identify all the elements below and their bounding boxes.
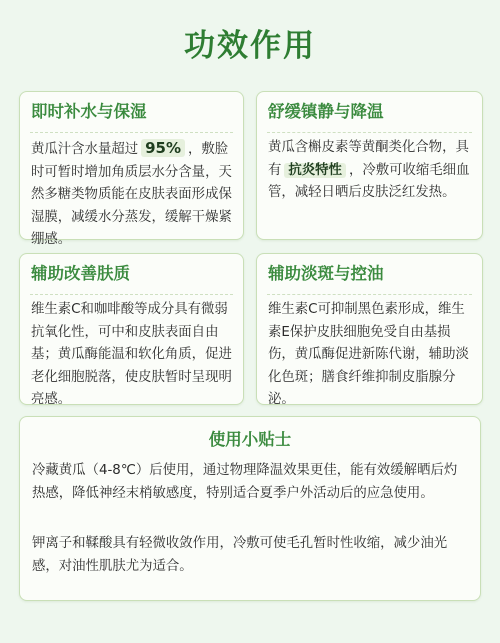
- dashed-divider: [30, 132, 233, 133]
- page-title: 功效作用: [0, 26, 500, 66]
- dashed-divider: [267, 294, 472, 295]
- card-body: 黄瓜含槲皮素等黄酮类化合物，具有抗炎特性，冷敷可收缩毛细血管，减轻日晒后皮肤泛红…: [268, 137, 474, 205]
- dashed-divider: [267, 132, 472, 133]
- tip-paragraph: 冷藏黄瓜（4-8℃）后使用，通过物理降温效果更佳，能有效缓解晒后灼热感，降低神经…: [32, 460, 468, 505]
- tip-paragraph: 钾离子和鞣酸具有轻微收敛作用，冷敷可使毛孔暂时性收缩，减少油光感，对油性肌肤尤为…: [32, 533, 468, 578]
- card-title: 辅助改善肤质: [31, 263, 130, 285]
- highlight-badge: 95%: [141, 139, 185, 157]
- tips-card: 使用小贴士 冷藏黄瓜（4-8℃）后使用，通过物理降温效果更佳，能有效缓解晒后灼热…: [19, 416, 481, 601]
- card-body: 黄瓜汁含水量超过95%，敷脸时可暂时增加角质层水分含量，天然多糖类物质能在皮肤表…: [31, 137, 235, 252]
- card-spot-oil-control: 辅助淡斑与控油 维生素C可抑制黑色素形成，维生素E保护皮肤细胞免受自由基损伤，黄…: [256, 253, 483, 405]
- dashed-divider: [30, 294, 233, 295]
- card-body: 维生素C和咖啡酸等成分具有微弱抗氧化性，可中和皮肤表面自由基；黄瓜酶能温和软化角…: [31, 299, 235, 412]
- card-soothing: 舒缓镇静与降温 黄瓜含槲皮素等黄酮类化合物，具有抗炎特性，冷敷可收缩毛细血管，减…: [256, 91, 483, 240]
- body-text: 黄瓜汁含水量超过: [31, 142, 138, 157]
- card-hydration: 即时补水与保湿 黄瓜汁含水量超过95%，敷脸时可暂时增加角质层水分含量，天然多糖…: [19, 91, 244, 240]
- body-text: ，敷脸时可暂时增加角质层水分含量，天然多糖类物质能在皮肤表面形成保湿膜，减缓水分…: [31, 142, 232, 247]
- tips-title: 使用小贴士: [20, 429, 480, 451]
- card-title: 即时补水与保湿: [31, 101, 147, 123]
- card-skin-texture: 辅助改善肤质 维生素C和咖啡酸等成分具有微弱抗氧化性，可中和皮肤表面自由基；黄瓜…: [19, 253, 244, 405]
- card-title: 舒缓镇静与降温: [268, 101, 384, 123]
- highlight-badge: 抗炎特性: [284, 163, 346, 178]
- card-body: 维生素C可抑制黑色素形成，维生素E保护皮肤细胞免受自由基损伤，黄瓜酶促进新陈代谢…: [268, 299, 474, 412]
- card-title: 辅助淡斑与控油: [268, 263, 384, 285]
